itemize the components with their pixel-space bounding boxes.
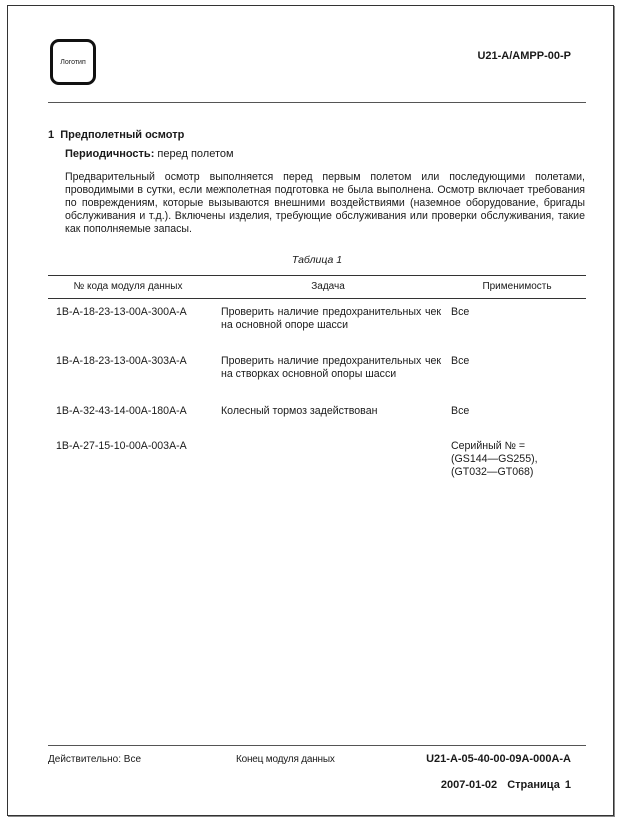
table-row-4-applicability: Серийный № = (GS144—GS255), (GT032—GT068…: [451, 440, 551, 479]
document-code: U21-A/AMPP-00-P: [477, 50, 571, 62]
table-caption: Таблица 1: [48, 254, 586, 266]
table-row-2-task: Проверить наличие предохранительных чек …: [221, 355, 441, 381]
table-row-2-applicability: Все: [451, 355, 581, 368]
table-row-1-task: Проверить наличие предохранительных чек …: [221, 306, 441, 332]
column-header-applicability: Применимость: [448, 281, 586, 292]
document-page: Логотип U21-A/AMPP-00-P 1 Предполетный о…: [7, 5, 614, 816]
logo-text: Логотип: [60, 59, 86, 66]
periodicity: Периодичность: перед полетом: [65, 148, 234, 160]
table-row-2-code: 1B-A-18-23-13-00A-303A-A: [56, 355, 216, 368]
footer-end-of-module: Конец модуля данных: [236, 754, 335, 765]
table-row-1-applicability: Все: [451, 306, 581, 319]
logo-placeholder: Логотип: [50, 39, 96, 85]
periodicity-value: перед полетом: [154, 148, 233, 160]
table-top-rule: [48, 275, 586, 276]
footer-divider: [48, 745, 586, 746]
footer-validity: Действительно: Все: [48, 754, 141, 765]
header-divider: [48, 102, 586, 103]
section-title: 1 Предполетный осмотр: [48, 129, 184, 141]
table-row-1-code: 1B-A-18-23-13-00A-300A-A: [56, 306, 216, 319]
table-row-3-code: 1B-A-32-43-14-00A-180A-A: [56, 405, 216, 418]
table-header-rule: [48, 298, 586, 299]
table-row-3-applicability: Все: [451, 405, 581, 418]
periodicity-label: Периодичность:: [65, 148, 154, 160]
table-row-3-task: Колесный тормоз задействован: [221, 405, 441, 418]
footer-date-page: 2007-01-02 Страница 1: [441, 779, 571, 791]
column-header-code: № кода модуля данных: [48, 281, 208, 292]
description-paragraph: Предварительный осмотр выполняется перед…: [65, 171, 585, 236]
table-row-4-code: 1B-A-27-15-10-00A-003A-A: [56, 440, 216, 453]
column-header-task: Задача: [208, 281, 448, 292]
footer-module-code: U21-A-05-40-00-09A-000A-A: [426, 753, 571, 765]
